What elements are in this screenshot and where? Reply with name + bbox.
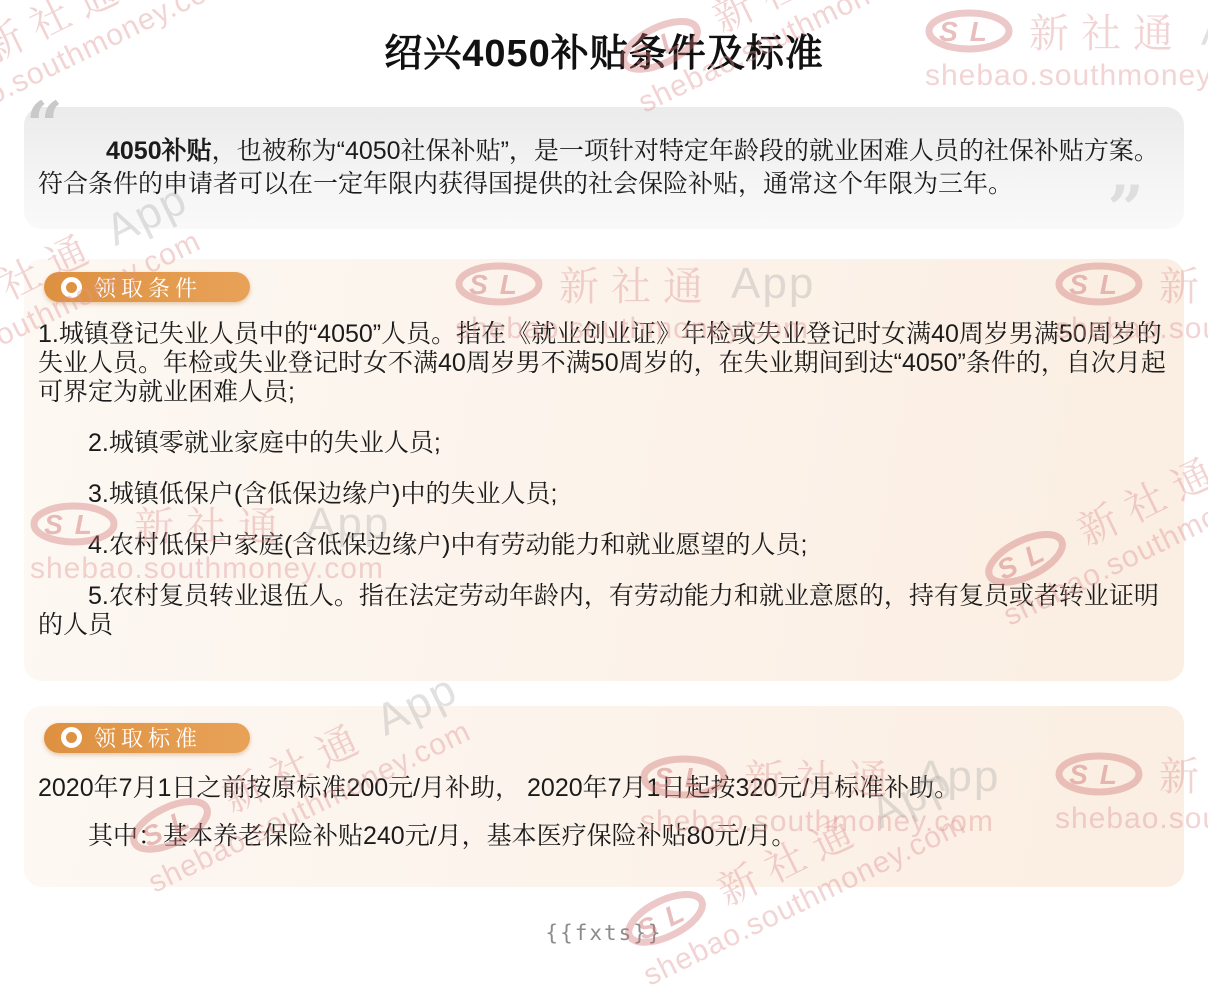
section-conditions: 领取条件 1.城镇登记失业人员中的“4050”人员。指在《就业创业证》年检或失业… — [24, 259, 1184, 681]
intro-paragraph: 4050补贴，也被称为“4050社保补贴”，是一项针对特定年龄段的就业困难人员的… — [38, 135, 1166, 201]
badge-label: 领取条件 — [94, 272, 202, 303]
section-standards: 领取标准 2020年7月1日之前按原标准200元/月补助， 2020年7月1日起… — [24, 706, 1184, 888]
badge-label: 领取标准 — [94, 722, 202, 753]
brand-logo-icon: SL — [616, 878, 715, 958]
list-item: 1.城镇登记失业人员中的“4050”人员。指在《就业创业证》年检或失业登记时女满… — [38, 320, 1170, 407]
list-item: 5.农村复员转业退伍人。指在法定劳动年龄内，有劳动能力和就业意愿的，持有复员或者… — [38, 582, 1170, 640]
list-item: 3.城镇低保户(含低保边缘户)中的失业人员; — [38, 480, 1170, 509]
intro-lead-term: 4050补贴 — [106, 137, 212, 165]
close-quote-icon: ” — [1107, 181, 1144, 215]
ring-icon — [61, 277, 82, 298]
ring-icon — [61, 727, 82, 748]
footer-placeholder: {{fxts}} — [0, 921, 1208, 945]
standards-badge: 领取标准 — [44, 723, 250, 753]
list-item: 4.农村低保户家庭(含低保边缘户)中有劳动能力和就业愿望的人员; — [38, 531, 1170, 560]
intro-quote-box: “ 4050补贴，也被称为“4050社保补贴”，是一项针对特定年龄段的就业困难人… — [24, 107, 1184, 229]
list-item: 2020年7月1日之前按原标准200元/月补助， 2020年7月1日起按320元… — [38, 774, 1170, 803]
list-item: 其中：基本养老保险补贴240元/月，基本医疗保险补贴80元/月。 — [38, 822, 1170, 851]
open-quote-icon: “ — [26, 97, 63, 131]
conditions-badge: 领取条件 — [44, 272, 250, 302]
list-item: 2.城镇零就业家庭中的失业人员; — [38, 429, 1170, 458]
page-title: 绍兴4050补贴条件及标准 — [0, 22, 1208, 77]
